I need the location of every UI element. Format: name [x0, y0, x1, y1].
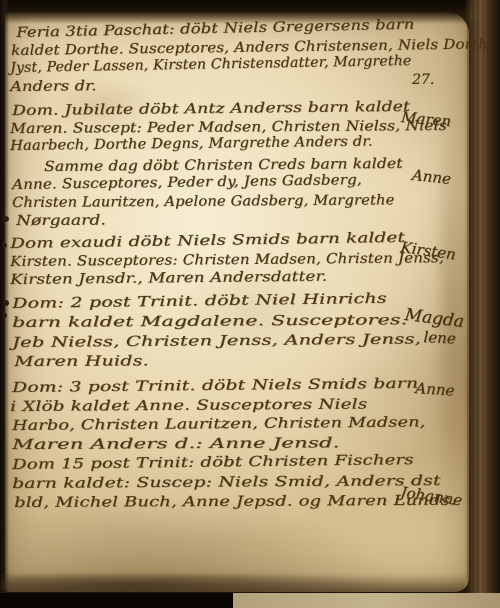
- page-number: 27.: [412, 72, 434, 88]
- manuscript-line: barn kaldet: Suscep: Niels Smid, Anders …: [12, 473, 441, 492]
- manuscript-line: Kirsten Jensdr., Maren Andersdatter.: [10, 269, 327, 288]
- manuscript-photo: Feria 3tia Paschat: döbt Niels Gregersen…: [0, 0, 500, 608]
- manuscript-line: Maren Anders d.: Anne Jensd.: [12, 435, 340, 453]
- photo-bottom-edge: [0, 593, 233, 608]
- manuscript-line: Maren Huids.: [14, 353, 149, 370]
- table-surface-strip: [233, 593, 500, 608]
- manuscript-line: barn kaldet Magdalene. Susceptores.: [12, 312, 407, 331]
- page-bottom-smudge: [0, 574, 466, 594]
- manuscript-line: Christen Lauritzen, Apelone Gadsberg, Ma…: [12, 192, 394, 211]
- margin-name: Anne: [415, 379, 455, 400]
- book-spine-edge: [464, 0, 500, 608]
- manuscript-line: i Xlöb kaldet Anne. Susceptores Niels: [10, 397, 367, 415]
- photo-left-edge: [0, 0, 9, 608]
- manuscript-line: Maren. Suscept: Peder Madsen, Christen N…: [10, 118, 447, 137]
- margin-name: lene: [423, 328, 456, 348]
- manuscript-line: Anders dr.: [10, 78, 97, 95]
- manuscript-line: Nørgaard.: [16, 213, 106, 229]
- manuscript-line: bld, Michel Buch, Anne Jepsd. og Maren L…: [14, 493, 456, 511]
